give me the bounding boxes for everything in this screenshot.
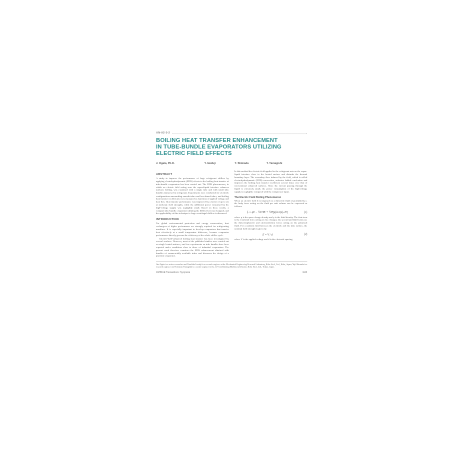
equation-2: E = V / d (2) bbox=[234, 233, 307, 236]
title-line-3: ELECTRIC FIELD EFFECTS bbox=[156, 150, 307, 157]
equation-1-number: (1) bbox=[301, 211, 308, 214]
paper-id-row: AN-92-5-2 bbox=[156, 131, 307, 134]
right-paragraph-1: In this method the electric field applie… bbox=[234, 170, 307, 193]
page-footer: ASHRAE Transactions: Symposia 1123 bbox=[156, 271, 307, 274]
equation-1: fₑ = qE − ½E²∇ε + ½∇[ρ(∂ε/∂ρ)ₜ E²] (1) bbox=[234, 211, 307, 214]
right-column: In this method the electric field applie… bbox=[234, 170, 307, 258]
author-1: J. Ogata, Ph.D. bbox=[156, 162, 204, 165]
left-column: ABSTRACT A study to improve the performa… bbox=[156, 170, 229, 258]
author-byline: J. Ogata, Ph.D. Y. Iwafuji Y. Shimada T.… bbox=[156, 162, 307, 165]
author-4: T. Yamagishi bbox=[266, 162, 307, 165]
footer-journal-label: ASHRAE Transactions: Symposia bbox=[156, 271, 190, 274]
two-column-body: ABSTRACT A study to improve the performa… bbox=[156, 170, 307, 258]
paper-page: AN-92-5-2 BOILING HEAT TRANSFER ENHANCEM… bbox=[156, 131, 307, 315]
introduction-paragraph-2: Electric-field-enhanced boiling heat tra… bbox=[156, 238, 229, 258]
author-2: Y. Iwafuji bbox=[204, 162, 234, 165]
abstract-heading: ABSTRACT bbox=[156, 173, 229, 176]
right-paragraph-2: where q is the space charge density and … bbox=[234, 216, 307, 231]
paper-title: BOILING HEAT TRANSFER ENHANCEMENT IN TUB… bbox=[156, 137, 307, 157]
equation-1-formula: fₑ = qE − ½E²∇ε + ½∇[ρ(∂ε/∂ρ)ₜ E²] bbox=[234, 211, 300, 214]
introduction-heading: INTRODUCTION bbox=[156, 218, 229, 221]
author-3: Y. Shimada bbox=[235, 162, 267, 165]
subsection-heading: The Electric Field Boiling Phenomenon bbox=[234, 196, 307, 199]
footer-page-number: 1123 bbox=[302, 271, 307, 274]
author-affiliation-footnote: Jiro Ogata is a senior researcher and Ya… bbox=[156, 263, 307, 268]
introduction-paragraph-1: For global environmental protection and … bbox=[156, 222, 229, 237]
right-paragraph-3: where V is the applied voltage and d is … bbox=[234, 238, 307, 241]
equation-2-formula: E = V / d bbox=[234, 233, 300, 236]
dotted-leader-line bbox=[172, 132, 307, 135]
paper-id: AN-92-5-2 bbox=[156, 131, 170, 134]
equation-lead-in: When an electric field E is imposed on a… bbox=[234, 199, 307, 208]
equation-2-number: (2) bbox=[301, 233, 308, 236]
abstract-text: A study to improve the performance of la… bbox=[156, 177, 229, 215]
